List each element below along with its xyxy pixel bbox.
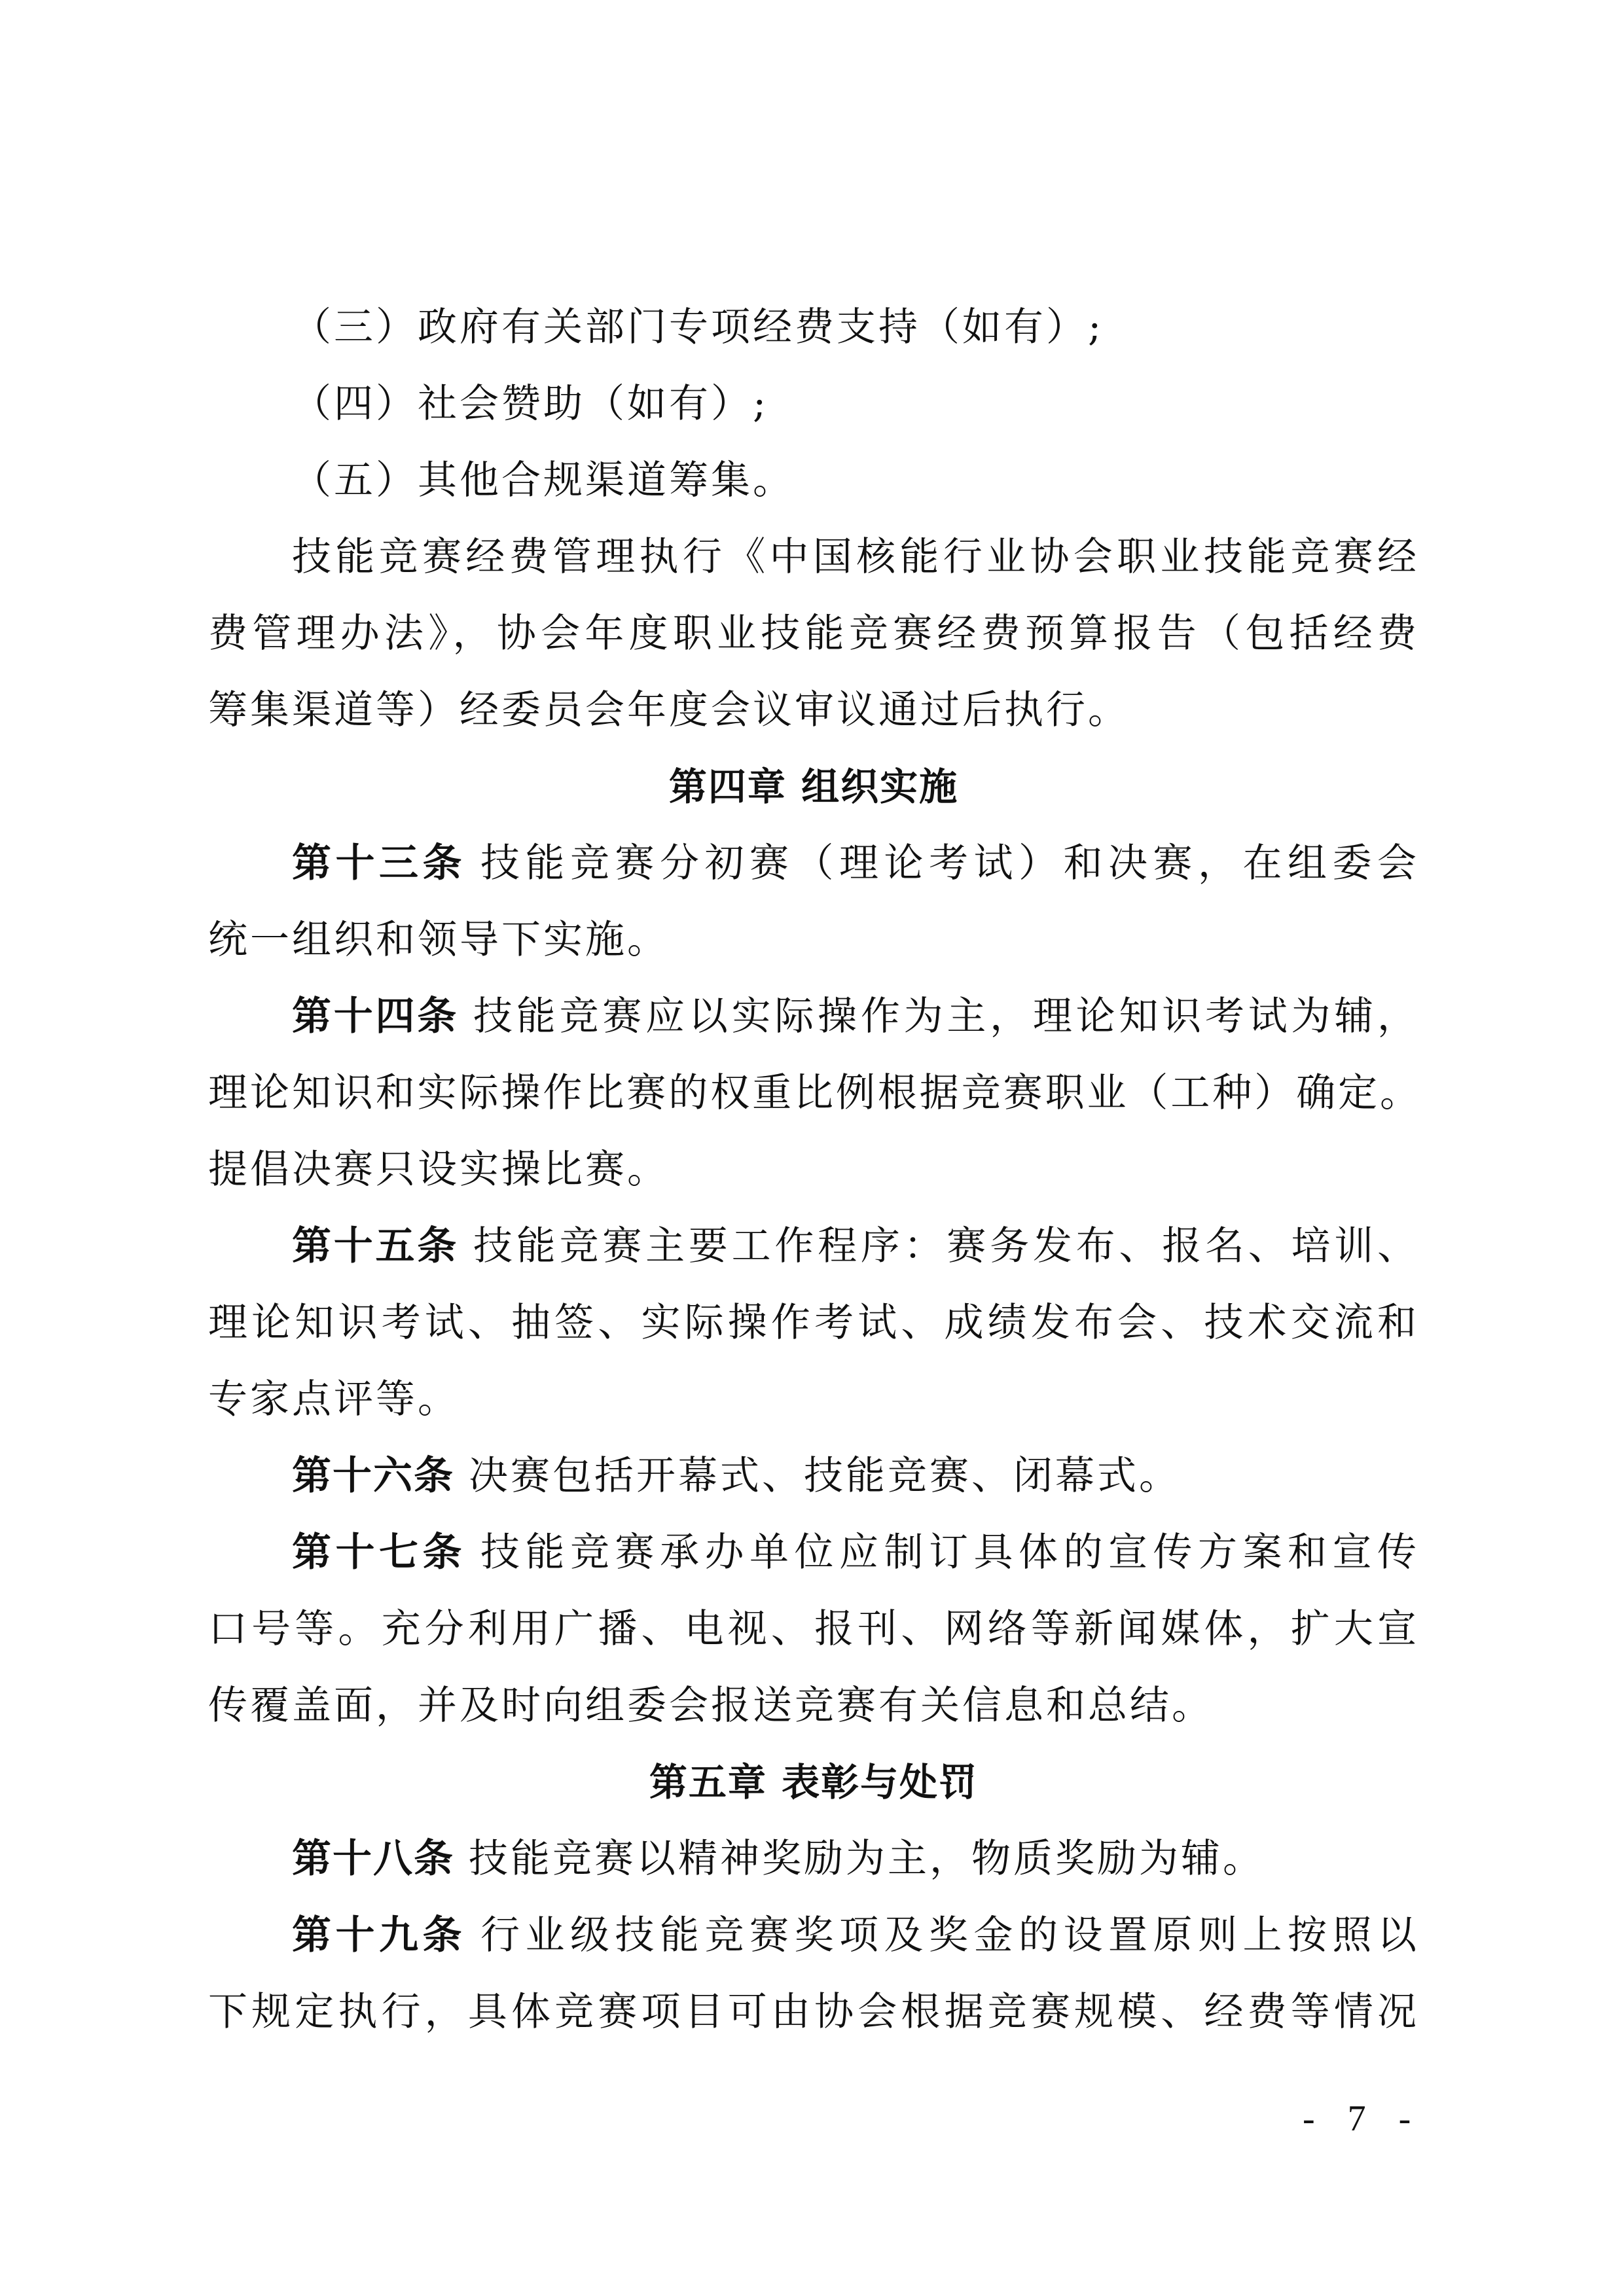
- funding-paragraph-line: 费管理办法》，协会年度职业技能竞赛经费预算报告（包括经费: [208, 596, 1419, 672]
- article-14-line: 提倡决赛只设实操比赛。: [208, 1132, 1419, 1208]
- article-text: 技能竞赛应以实际操作为主，理论知识考试为辅，: [473, 994, 1419, 1039]
- article-19-line: 下规定执行，具体竞赛项目可由协会根据竞赛规模、经费等情况: [208, 1974, 1419, 2051]
- article-17-label: 第十七条: [292, 1530, 466, 1575]
- chapter-5-title: 第五章 表彰与处罚: [208, 1744, 1419, 1821]
- document-page: （三）政府有关部门专项经费支持（如有）; （四）社会赞助（如有）; （五）其他合…: [208, 289, 1419, 2051]
- article-17-line: 第十七条技能竞赛承办单位应制订具体的宣传方案和宣传: [208, 1515, 1419, 1591]
- article-13-label: 第十三条: [292, 840, 466, 886]
- article-15-label: 第十五条: [292, 1223, 459, 1269]
- article-15-line: 专家点评等。: [208, 1361, 1419, 1438]
- list-item-5: （五）其他合规渠道筹集。: [208, 442, 1419, 519]
- article-text: 决赛包括开幕式、技能竞赛、闭幕式。: [469, 1453, 1181, 1499]
- funding-paragraph-line: 技能竞赛经费管理执行《中国核能行业协会职业技能竞赛经: [208, 519, 1419, 596]
- article-text: 技能竞赛分初赛（理论考试）和决赛，在组委会: [480, 840, 1419, 886]
- article-18-line: 第十八条技能竞赛以精神奖励为主，物质奖励为辅。: [208, 1821, 1419, 1897]
- article-text: 行业级技能竞赛奖项及奖金的设置原则上按照以: [480, 1912, 1419, 1958]
- article-14-line: 第十四条技能竞赛应以实际操作为主，理论知识考试为辅，: [208, 978, 1419, 1055]
- article-13-line: 第十三条技能竞赛分初赛（理论考试）和决赛，在组委会: [208, 825, 1419, 902]
- article-18-label: 第十八条: [292, 1836, 454, 1882]
- article-19-label: 第十九条: [292, 1912, 466, 1958]
- article-13-line: 统一组织和领导下实施。: [208, 902, 1419, 978]
- article-16-line: 第十六条决赛包括开幕式、技能竞赛、闭幕式。: [208, 1438, 1419, 1515]
- article-15-line: 第十五条技能竞赛主要工作程序：赛务发布、报名、培训、: [208, 1208, 1419, 1285]
- list-item-4: （四）社会赞助（如有）;: [208, 366, 1419, 442]
- article-19-line: 第十九条行业级技能竞赛奖项及奖金的设置原则上按照以: [208, 1897, 1419, 1974]
- funding-paragraph-line: 筹集渠道等）经委员会年度会议审议通过后执行。: [208, 672, 1419, 749]
- article-16-label: 第十六条: [292, 1453, 454, 1499]
- list-item-3: （三）政府有关部门专项经费支持（如有）;: [208, 289, 1419, 366]
- article-14-line: 理论知识和实际操作比赛的权重比例根据竞赛职业（工种）确定。: [208, 1055, 1419, 1132]
- article-15-line: 理论知识考试、抽签、实际操作考试、成绩发布会、技术交流和: [208, 1285, 1419, 1361]
- article-17-line: 传覆盖面，并及时向组委会报送竞赛有关信息和总结。: [208, 1668, 1419, 1744]
- article-text: 技能竞赛以精神奖励为主，物质奖励为辅。: [469, 1836, 1265, 1882]
- article-text: 技能竞赛承办单位应制订具体的宣传方案和宣传: [480, 1530, 1419, 1575]
- article-text: 技能竞赛主要工作程序：赛务发布、报名、培训、: [473, 1223, 1419, 1269]
- article-17-line: 口号等。充分利用广播、电视、报刊、网络等新闻媒体，扩大宣: [208, 1591, 1419, 1668]
- article-14-label: 第十四条: [292, 994, 459, 1039]
- page-number: - 7 -: [1303, 2098, 1422, 2140]
- chapter-4-title: 第四章 组织实施: [208, 749, 1419, 825]
